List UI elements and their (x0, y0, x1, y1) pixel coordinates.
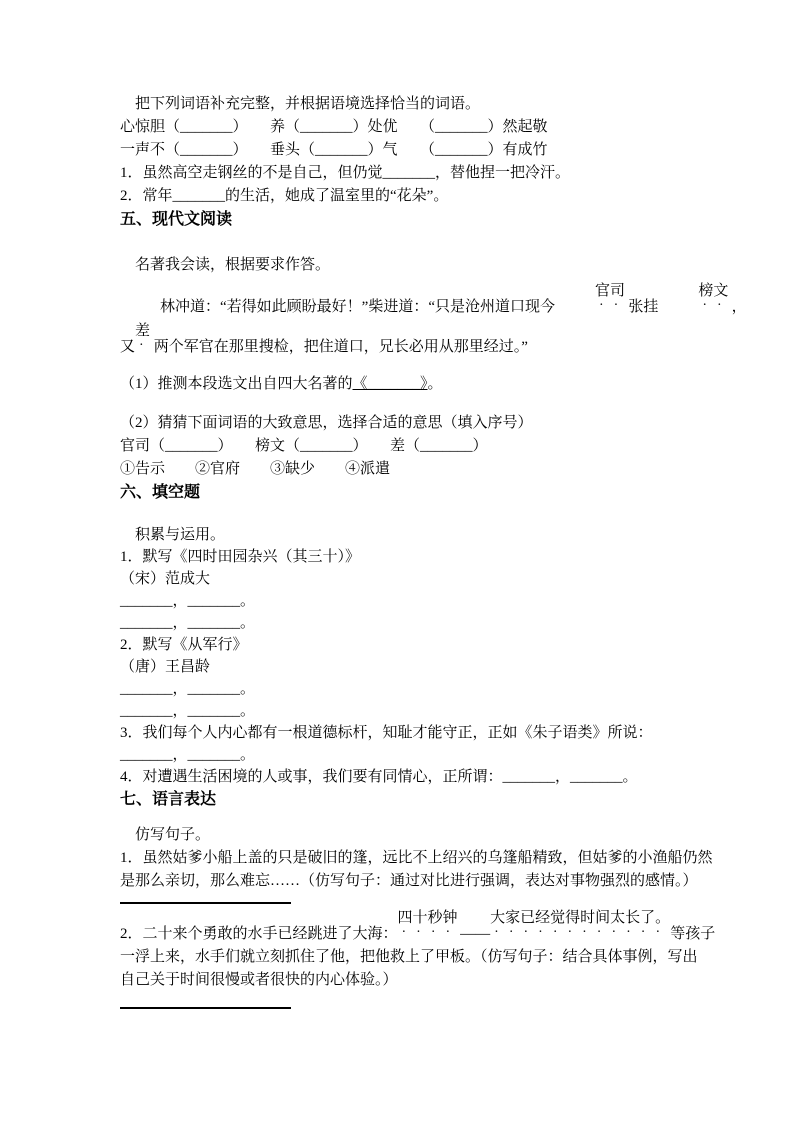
passage-line-2: 又差·两个军官在那里搜检，把住道口，兄长必用从那里经过。” (120, 323, 698, 359)
emphasis-word-text: 榜文 (658, 283, 731, 300)
poem-2-title: 2．默写《从军行》 (120, 634, 698, 656)
imitation-2-text-2: 等孩子 (670, 926, 715, 942)
reading-question-1: （1）推测本段选文出自四大名著的《_______》。 (120, 373, 698, 396)
section-fill-in-blank: 积累与运用。 1．默写《四时田园杂兴（其三十）》 （宋）范成大 _______，… (120, 524, 698, 788)
emphasis-word-text: 大家已经觉得时间太长了。 (490, 910, 670, 927)
poem-blank-line: _______，_______。 (120, 590, 698, 612)
poem-2-author: （唐）王昌龄 (120, 656, 698, 678)
q2-options-row: ①告示 ②官府 ③缺少 ④派遣 (120, 458, 698, 481)
reading-instruction: 名著我会读，根据要求作答。 (120, 254, 698, 277)
imitation-2-line-1: 2．二十来个勇敢的水手已经跳进了大海：四十秒钟····——大家已经觉得时间太长了… (120, 910, 698, 946)
imitation-2-line-2: 一浮上来，水手们就立刻抓住了他，把他救上了甲板。（仿写句子：结合具体事例，写出 (120, 946, 698, 969)
fill-item-3: 3．我们每个人内心都有一根道德标杆，知耻才能守正，正如《朱子语类》所说： (120, 722, 698, 744)
fill-item-4: 4．对遭遇生活困境的人或事，我们要有同情心，正所谓：_______，______… (120, 766, 698, 788)
passage-line-1: 林冲道：“若得如此顾盼最好！”柴进道：“只是沧州道口现今官司··张挂榜文··， (120, 283, 698, 319)
section-7-header: 七、语言表达 (120, 788, 698, 811)
emphasized-phrase-forty-seconds: 四十秒钟···· (398, 910, 461, 938)
q1-book-title-blank: 《_______》 (353, 376, 428, 392)
reading-question-2: （2）猜猜下面词语的大致意思，选择合适的意思（填入序号） (120, 412, 698, 435)
poem-1-author: （宋）范成大 (120, 568, 698, 590)
imitation-2-line-3: 自己关于时间很慢或者很快的内心体验。） (120, 969, 698, 992)
passage-1-text-3: ， (732, 299, 747, 315)
emphasis-word-text: 四十秒钟 (398, 910, 461, 927)
emphasized-phrase-time-too-long: 大家已经觉得时间太长了。············ (490, 910, 670, 938)
emphasis-dots: · (135, 340, 154, 351)
section-5-header: 五、现代文阅读 (120, 208, 698, 231)
fill-item-3-blank-line: _______，_______。 (120, 744, 698, 766)
section-6-header: 六、填空题 (120, 481, 698, 504)
q2-blanks-row: 官司（_______） 榜文（_______） 差（_______） (120, 435, 698, 458)
answer-blank-line-2 (120, 1006, 291, 1009)
idiom-row-2: 一声不（_______） 垂头（_______）气 （_______）有成竹 (120, 139, 698, 162)
emphasis-dots: ···· (398, 927, 461, 938)
emphasized-word-chai: 差· (135, 323, 154, 351)
emphasis-word-text: 官司 (555, 283, 628, 300)
emphasis-word-text: 差 (135, 323, 154, 340)
emphasis-dots: ·· (658, 300, 731, 311)
passage-2-text-1: 又 (120, 339, 135, 355)
imitation-2-dash: —— (460, 926, 490, 942)
section-reading: 名著我会读，根据要求作答。 林冲道：“若得如此顾盼最好！”柴进道：“只是沧州道口… (120, 254, 698, 481)
poem-blank-line: _______，_______。 (120, 678, 698, 700)
exam-document-page: 把下列词语补充完整，并根据语境选择恰当的词语。 心惊胆（_______） 养（_… (0, 0, 794, 1123)
imitation-2-text-1: 2．二十来个勇敢的水手已经跳进了大海： (120, 926, 398, 942)
word-completion-instruction: 把下列词语补充完整，并根据语境选择恰当的词语。 (120, 93, 698, 116)
section-expression: 仿写句子。 1．虽然姑爹小船上盖的只是破旧的篷，远比不上绍兴的乌篷船精致，但姑爹… (120, 824, 698, 1009)
emphasized-word-guansi: 官司·· (555, 283, 628, 311)
word-sentence-1: 1．虽然高空走钢丝的不是自己，但仍觉_______，替他捏一把冷汗。 (120, 162, 698, 185)
fill-instruction: 积累与运用。 (120, 524, 698, 546)
word-sentence-2: 2．常年_______的生活，她成了温室里的“花朵”。 (120, 185, 698, 208)
emphasis-dots: ············ (490, 927, 670, 938)
q1-text: （1）推测本段选文出自四大名著的 (120, 376, 353, 392)
emphasized-word-bangwen: 榜文·· (658, 283, 731, 311)
imitation-1-line-2: 是那么亲切，那么难忘……（仿写句子：通过对比进行强调，表达对事物强烈的感情。） (120, 870, 698, 893)
emphasis-dots: ·· (555, 300, 628, 311)
passage-1-text-1: 林冲道：“若得如此顾盼最好！”柴进道：“只是沧州道口现今 (160, 299, 555, 315)
poem-1-title: 1．默写《四时田园杂兴（其三十）》 (120, 546, 698, 568)
imitation-1-line-1: 1．虽然姑爹小船上盖的只是破旧的篷，远比不上绍兴的乌篷船精致，但姑爹的小渔船仍然 (120, 847, 698, 870)
q1-period: 。 (428, 376, 443, 392)
passage-1-text-2: 张挂 (628, 299, 658, 315)
passage-2-text-2: 两个军官在那里搜检，把住道口，兄长必用从那里经过。” (154, 339, 528, 355)
answer-blank-line-1 (120, 901, 291, 904)
poem-blank-line: _______，_______。 (120, 700, 698, 722)
poem-blank-line: _______，_______。 (120, 612, 698, 634)
section-word-completion: 把下列词语补充完整，并根据语境选择恰当的词语。 心惊胆（_______） 养（_… (120, 93, 698, 208)
imitation-instruction: 仿写句子。 (120, 824, 698, 847)
idiom-row-1: 心惊胆（_______） 养（_______）处优 （_______）然起敬 (120, 116, 698, 139)
